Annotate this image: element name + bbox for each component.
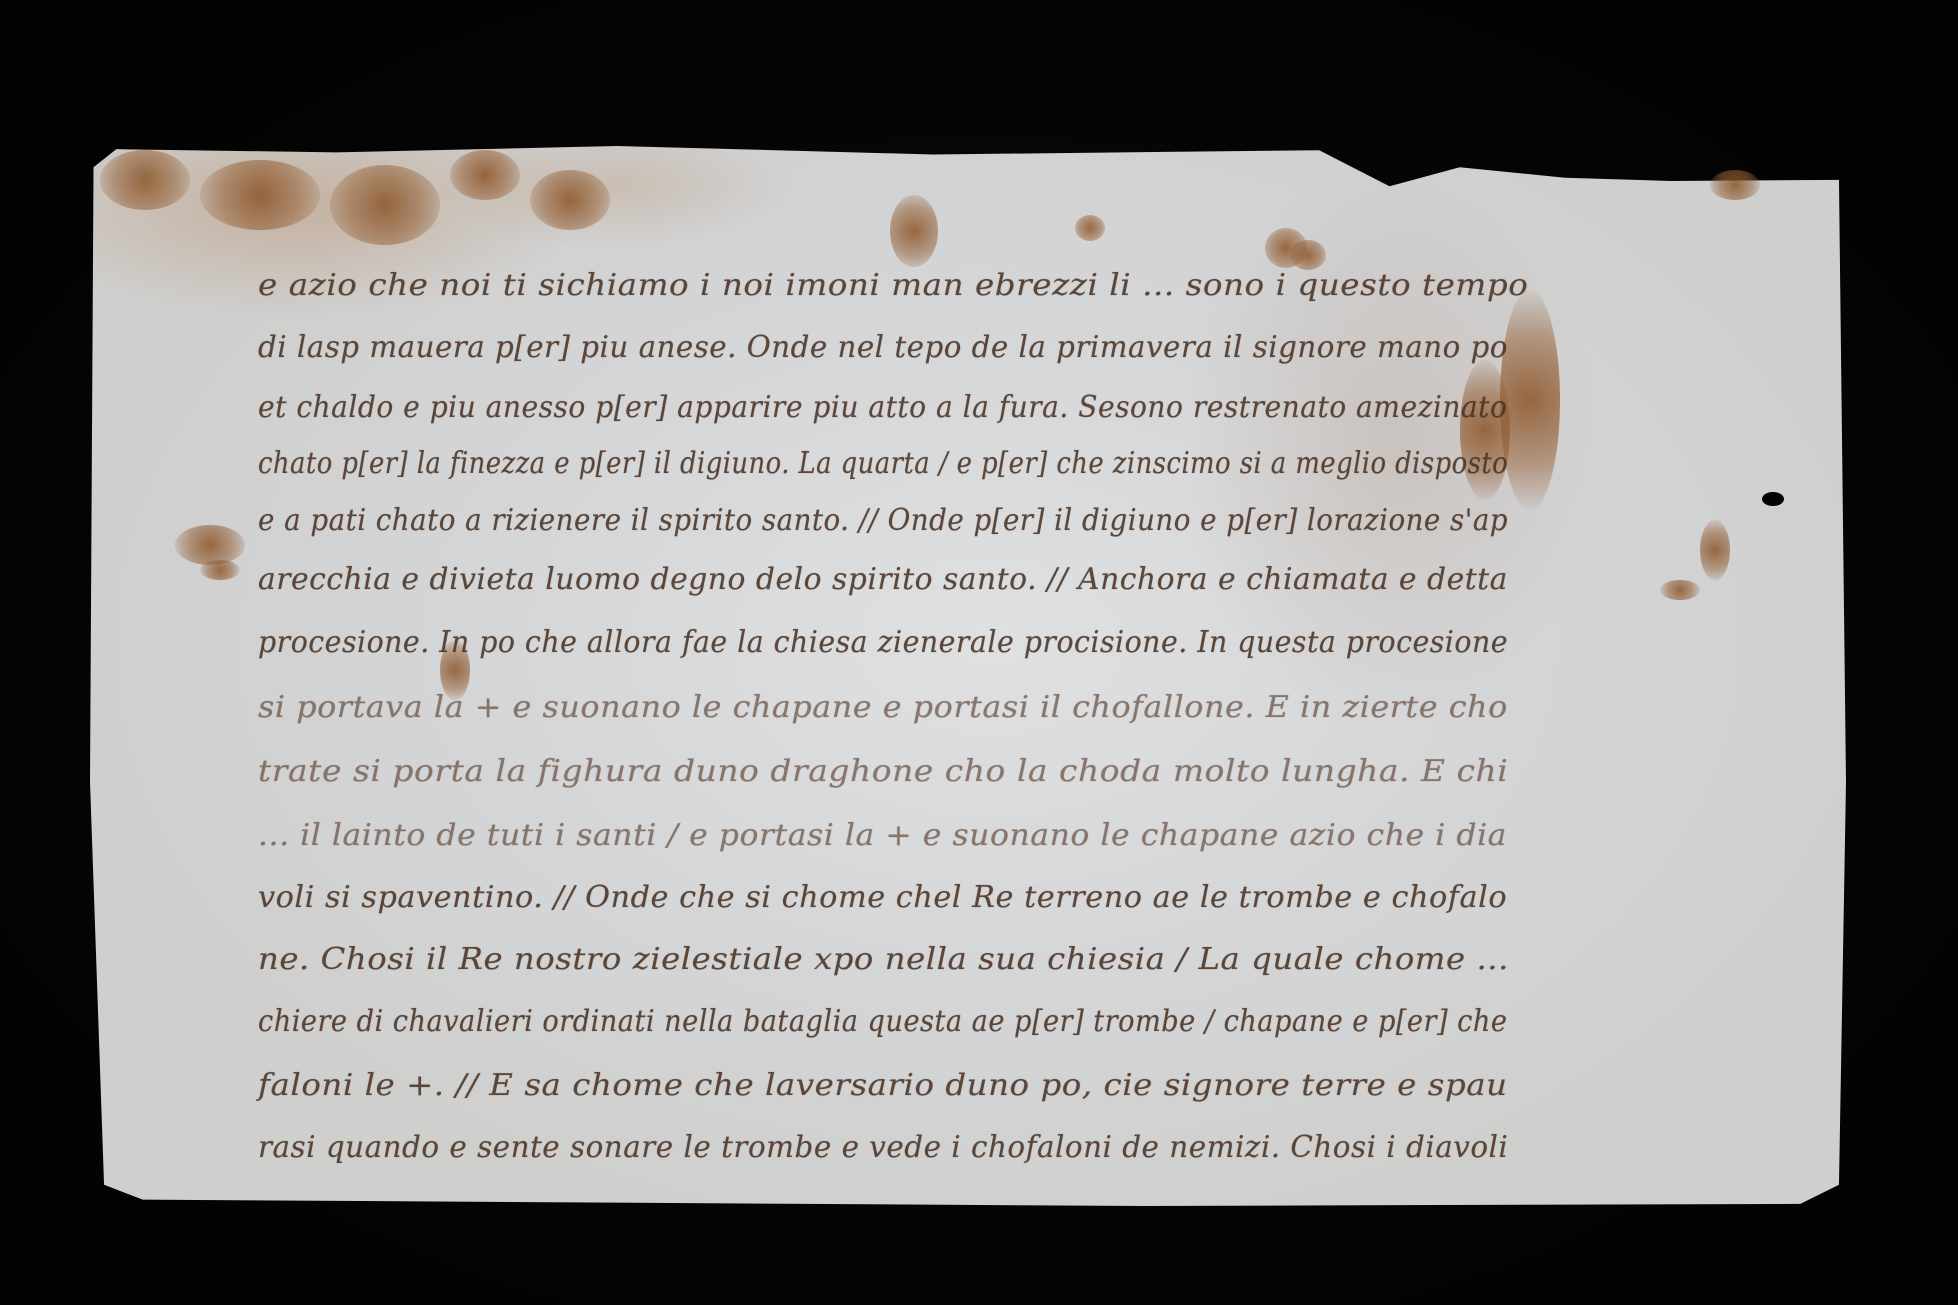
text-line: di lasp mauera p[er] piu anese. Onde nel…	[258, 330, 1508, 365]
text-line: procesione. In po che allora fae la chie…	[258, 625, 1508, 660]
text-line: faloni le +. // E sa chome che laversari…	[258, 1068, 1508, 1103]
manuscript-leaf	[90, 146, 1846, 1206]
text-line: arecchia e divieta luomo degno delo spir…	[258, 562, 1508, 597]
worm-hole	[1762, 492, 1784, 506]
text-line: chato p[er] la finezza e p[er] il digiun…	[258, 446, 1508, 481]
text-line: ne. Chosi il Re nostro zielestiale xpo n…	[258, 942, 1509, 977]
text-line: rasi quando e sente sonare le trombe e v…	[258, 1130, 1508, 1165]
text-line: ... il lainto de tuti i santi / e portas…	[258, 818, 1507, 853]
text-line: voli si spaventino. // Onde che si chome…	[258, 880, 1507, 915]
text-line: trate si porta la fighura duno draghone …	[258, 754, 1508, 789]
text-line: e azio che noi ti sichiamo i noi imoni m…	[258, 268, 1528, 303]
text-line: e a pati chato a rizienere il spirito sa…	[258, 503, 1508, 538]
text-line: chiere di chavalieri ordinati nella bata…	[258, 1004, 1507, 1039]
photo-background: e azio che noi ti sichiamo i noi imoni m…	[0, 0, 1958, 1305]
text-line: si portava la + e suonano le chapane e p…	[258, 690, 1508, 725]
text-line: et chaldo e piu anesso p[er] apparire pi…	[258, 390, 1507, 425]
